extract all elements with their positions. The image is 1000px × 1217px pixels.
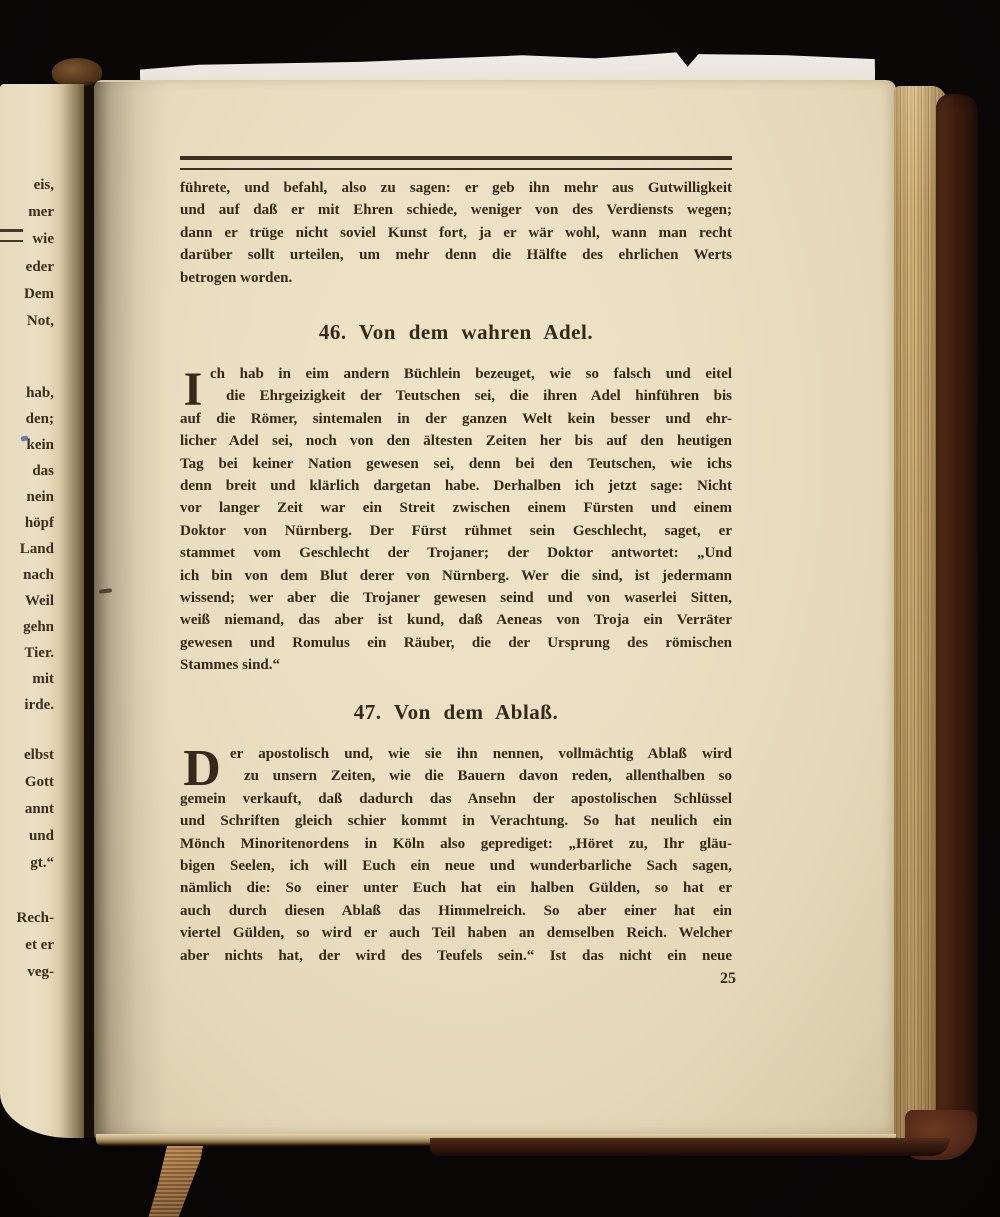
text-line: gewesen und Romulus ein Räuber, die der … (180, 635, 732, 657)
section-46-paragraph: I ch hab in eim andern Büchlein bezeuget… (180, 366, 732, 679)
left-page-fragment: irde. (24, 697, 54, 714)
text-line: weiß niemand, das aber ist kund, daß Aen… (180, 612, 732, 634)
continuation-paragraph: führete, und befahl, also zu sagen: er g… (180, 180, 732, 292)
text-line: gemein verkauft, daß dadurch das Ansehn … (180, 791, 732, 813)
text-line: betrogen worden. (180, 270, 732, 292)
left-page-fragment: et er (25, 937, 54, 954)
left-page-fragment: veg- (27, 964, 54, 981)
double-rule (180, 156, 732, 170)
ribbon-bookmark (145, 1146, 203, 1217)
text-line: und auf daß er mit Ehren schiede, wenige… (180, 202, 732, 224)
left-page-fragment: eder (26, 259, 54, 276)
section-47-paragraph: D er apostolisch und, wie sie ihn nennen… (180, 746, 732, 970)
left-page-fragment: Not, (27, 313, 54, 330)
text-line: stammet vom Geschlecht der Trojaner; der… (180, 545, 732, 567)
spine-top-edge (52, 58, 102, 86)
left-page-text-fragments: eis,merwieederDemNot,hab,den;keindasnein… (0, 0, 57, 1217)
book-cover-bottom-edge (430, 1138, 950, 1156)
paragraph-lines: ch hab in eim andern Büchlein bezeuget, … (180, 366, 732, 679)
text-line: die Ehrgeizigkeit der Teutschen sei, die… (180, 388, 732, 410)
dropcap-initial-d: D (176, 746, 228, 793)
text-line: licher Adel sei, noch von den ältesten Z… (180, 433, 732, 455)
left-page-fragment: Dem (24, 286, 54, 303)
text-line: auf die Römer, sintemalen in der ganzen … (180, 411, 732, 433)
left-page-fragment: nach (23, 567, 54, 584)
text-line: und Schriften gleich schier kommt in Ver… (180, 813, 732, 835)
text-line: dann er trüge nicht soviel Kunst fort, j… (180, 225, 732, 247)
text-line: nämlich die: So einer unter Euch hat ein… (180, 880, 732, 902)
left-page-fragment: den; (26, 411, 54, 428)
page-number: 25 (180, 970, 736, 988)
left-page-fragment: Tier. (24, 645, 54, 662)
left-page-fragment: hab, (26, 385, 54, 402)
text-line: darüber sollt urteilen, um mehr denn die… (180, 247, 732, 269)
right-page: führete, und befahl, also zu sagen: er g… (94, 80, 896, 1140)
left-page-fragment: nein (26, 489, 54, 506)
left-page-fragment: wie (32, 231, 54, 248)
text-line: zu unsern Zeiten, wie die Bauern davon r… (180, 768, 732, 790)
text-line: Tag bei keiner Nation gewesen sei, denn … (180, 456, 732, 478)
text-line: ch hab in eim andern Büchlein bezeuget, … (180, 366, 732, 388)
text-line: führete, und befahl, also zu sagen: er g… (180, 180, 732, 202)
left-page-fragment: Weil (25, 593, 54, 610)
left-page-fragment: Gott (25, 774, 54, 791)
text-line: viertel Gülden, so wird er auch Teil hab… (180, 925, 732, 947)
left-page-fragment: und (29, 828, 54, 845)
text-line: vor langer Zeit war ein Streit zwischen … (180, 500, 732, 522)
text-line: ich bin von dem Blut derer von Nürnberg.… (180, 568, 732, 590)
left-page-fragment: annt (25, 801, 54, 818)
left-page-fragment: mer (28, 204, 54, 221)
text-line: auch durch diesen Ablaß das Himmelreich.… (180, 903, 732, 925)
left-page-fragment: Rech- (17, 910, 55, 927)
left-page-fragment: elbst (24, 747, 54, 764)
paragraph-lines: führete, und befahl, also zu sagen: er g… (180, 180, 732, 292)
book-photo: eis,merwieederDemNot,hab,den;keindasnein… (0, 0, 1000, 1217)
text-line: Stammes sind.“ (180, 657, 732, 679)
left-page-fragment: mit (32, 671, 54, 688)
left-page-fragment: das (32, 463, 54, 480)
text-line: er apostolisch und, wie sie ihn nennen, … (180, 746, 732, 768)
section-47-heading: 47. Von dem Ablaß. (180, 700, 732, 725)
left-page-fragment: kein (26, 437, 54, 454)
left-page-fragment: gehn (23, 619, 54, 636)
text-line: denn breit und klärlich dargetan habe. D… (180, 478, 732, 500)
left-page-fragment: höpf (25, 515, 54, 532)
text-line: aber nichts hat, der wird des Teufels se… (180, 948, 732, 970)
dropcap-initial-i: I (174, 368, 212, 411)
text-line: wissend; wer aber die Trojaner gewesen s… (180, 590, 732, 612)
left-page-fragment: Land (20, 541, 54, 558)
text-line: bigen Seelen, ich will Euch ein neue und… (180, 858, 732, 880)
book-cover-right-edge (936, 94, 978, 1154)
text-line: Mönch Minoritenordens in Köln also gepre… (180, 836, 732, 858)
paragraph-lines: er apostolisch und, wie sie ihn nennen, … (180, 746, 732, 970)
left-page-fragment: eis, (34, 177, 54, 194)
text-line: Doktor von Nürnberg. Der Fürst rühmet se… (180, 523, 732, 545)
left-page-fragment: gt.“ (30, 855, 54, 872)
section-46-heading: 46. Von dem wahren Adel. (180, 320, 732, 345)
